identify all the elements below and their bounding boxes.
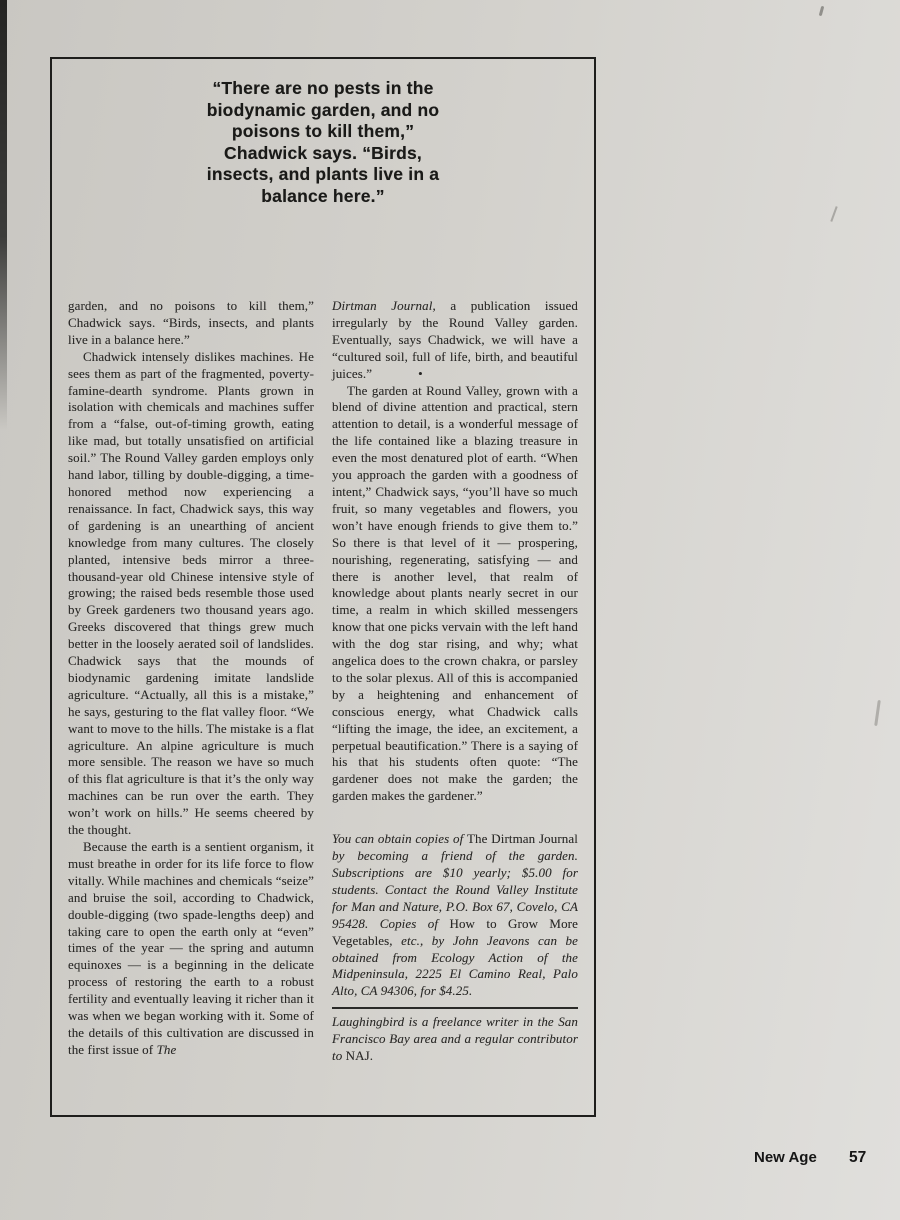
- article-columns: garden, and no poisons to kill them,” Ch…: [68, 298, 578, 1065]
- paragraph: Dirtman Journal, a publication issued ir…: [332, 298, 578, 383]
- scan-speck: [819, 6, 824, 16]
- left-column: garden, and no poisons to kill them,” Ch…: [68, 298, 314, 1065]
- paragraph: The garden at Round Valley, grown with a…: [332, 383, 578, 806]
- page-footer: New Age 57: [0, 1149, 900, 1169]
- scan-speck: [874, 700, 881, 726]
- italic-text-segment: You can obtain copies of: [332, 831, 467, 846]
- body-text-segment: NAJ.: [346, 1048, 374, 1063]
- ordering-note: You can obtain copies of The Dirtman Jou…: [332, 831, 578, 1000]
- author-bio: Laughingbird is a freelance writer in th…: [332, 1014, 578, 1065]
- body-text-segment: The Dirtman Journal: [467, 831, 578, 846]
- paragraph: Because the earth is a sentient organism…: [68, 839, 314, 1059]
- divider-rule: [332, 1007, 578, 1009]
- magazine-name: New Age: [754, 1149, 817, 1166]
- right-column: Dirtman Journal, a publication issued ir…: [332, 298, 578, 1065]
- scan-edge-artifact: [0, 0, 7, 430]
- section-end-bullet: •: [372, 366, 423, 383]
- paragraph: garden, and no poisons to kill them,” Ch…: [68, 298, 314, 349]
- italic-text-segment: The: [157, 1042, 177, 1057]
- magazine-page-scan: “There are no pests in the biodynamic ga…: [0, 0, 900, 1220]
- pull-quote: “There are no pests in the biodynamic ga…: [52, 78, 594, 207]
- italic-text-segment: Dirtman Journal,: [332, 298, 436, 313]
- paragraph: Chadwick intensely dislikes machines. He…: [68, 349, 314, 839]
- body-text-segment: Because the earth is a sentient organism…: [68, 839, 314, 1057]
- page-number: 57: [849, 1149, 866, 1167]
- article-border-box: “There are no pests in the biodynamic ga…: [50, 57, 596, 1117]
- scan-speck: [830, 206, 837, 222]
